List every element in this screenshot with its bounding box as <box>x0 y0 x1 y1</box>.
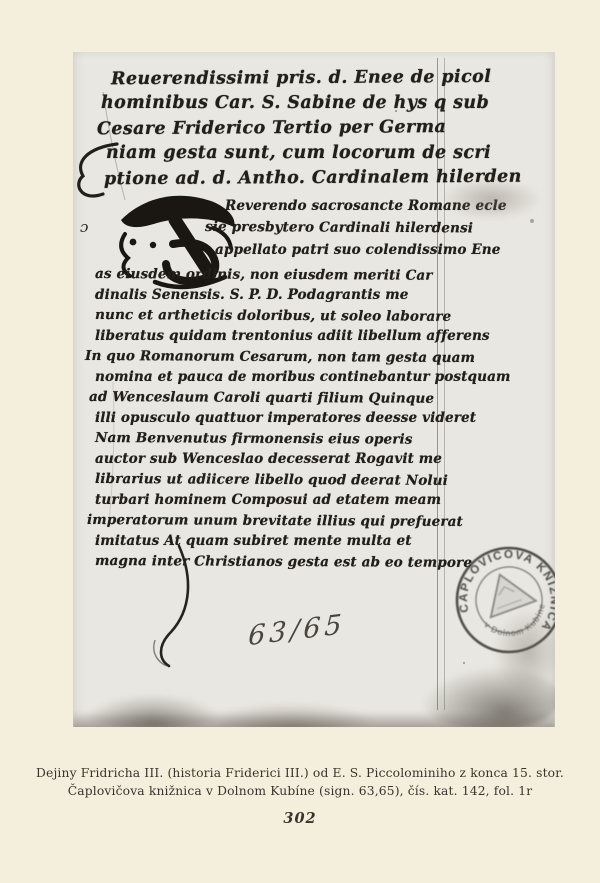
manuscript-body-line: nunc et artheticis doloribus, ut soleo l… <box>95 307 495 325</box>
manuscript-photo-plate: Reuerendissimi pris. d. Enee de picol ho… <box>73 52 555 727</box>
manuscript-body-line: imperatorum unum brevitate illius qui pr… <box>87 512 487 530</box>
ink-speck <box>133 102 135 104</box>
manuscript-body-line: In quo Romanorum Cesarum, non tam gesta … <box>85 348 485 366</box>
manuscript-body-line: sie presbytero Cardinali hilerdensi <box>205 219 555 237</box>
caption-line-2: Čaplovičova knižnica v Dolnom Kubíne (si… <box>0 783 600 801</box>
manuscript-heading-line: niam gesta sunt, cum locorum de scri <box>106 143 506 163</box>
photo-smudge <box>73 712 555 727</box>
photo-smudge <box>441 178 541 220</box>
page-number: 302 <box>0 810 600 827</box>
manuscript-body-line: illi opusculo quattuor imperatores deess… <box>95 410 495 426</box>
pen-flourish-icon <box>141 544 207 674</box>
manuscript-heading-line: ptione ad. d. Antho. Cardinalem hilerden <box>104 167 504 189</box>
manuscript-body-line: turbari hominem Composui ad etatem meam <box>95 492 495 508</box>
manuscript-heading-line: hominibus Car. S. Sabine de hys q sub <box>101 93 501 113</box>
photo-smudge <box>493 607 555 697</box>
caption: Dejiny Fridricha III. (historia Frideric… <box>0 765 600 800</box>
manuscript-body-line: librarius ut adiicere libello quod deera… <box>95 471 495 489</box>
manuscript-body-line: as eiusdem ordinis, non eiusdem meriti C… <box>95 266 495 284</box>
manuscript-body-line: liberatus quidam trentonius adiit libell… <box>95 328 495 344</box>
manuscript-heading-line: Reuerendissimi pris. d. Enee de picol <box>111 67 511 89</box>
manuscript-body-line: ad Wenceslaum Caroli quarti filium Quinq… <box>89 389 489 407</box>
marginal-mark: ɔ <box>80 218 88 236</box>
manuscript-body-line: nomina et pauca de moribus continebantur… <box>95 369 495 385</box>
manuscript-heading-line: Cesare Friderico Tertio per Germa <box>97 117 497 139</box>
manuscript-body-line: auctor sub Wenceslao decesserat Rogavit … <box>95 451 495 467</box>
caption-line-1: Dejiny Fridricha III. (historia Frideric… <box>0 765 600 783</box>
manuscript-body-line: Nam Benvenutus firmonensis eius operis <box>95 430 495 448</box>
manuscript-body-line: appellato patri suo colendissimo Ene <box>215 242 555 258</box>
manuscript-body-line: dinalis Senensis. S. P. D. Podagrantis m… <box>95 287 495 303</box>
